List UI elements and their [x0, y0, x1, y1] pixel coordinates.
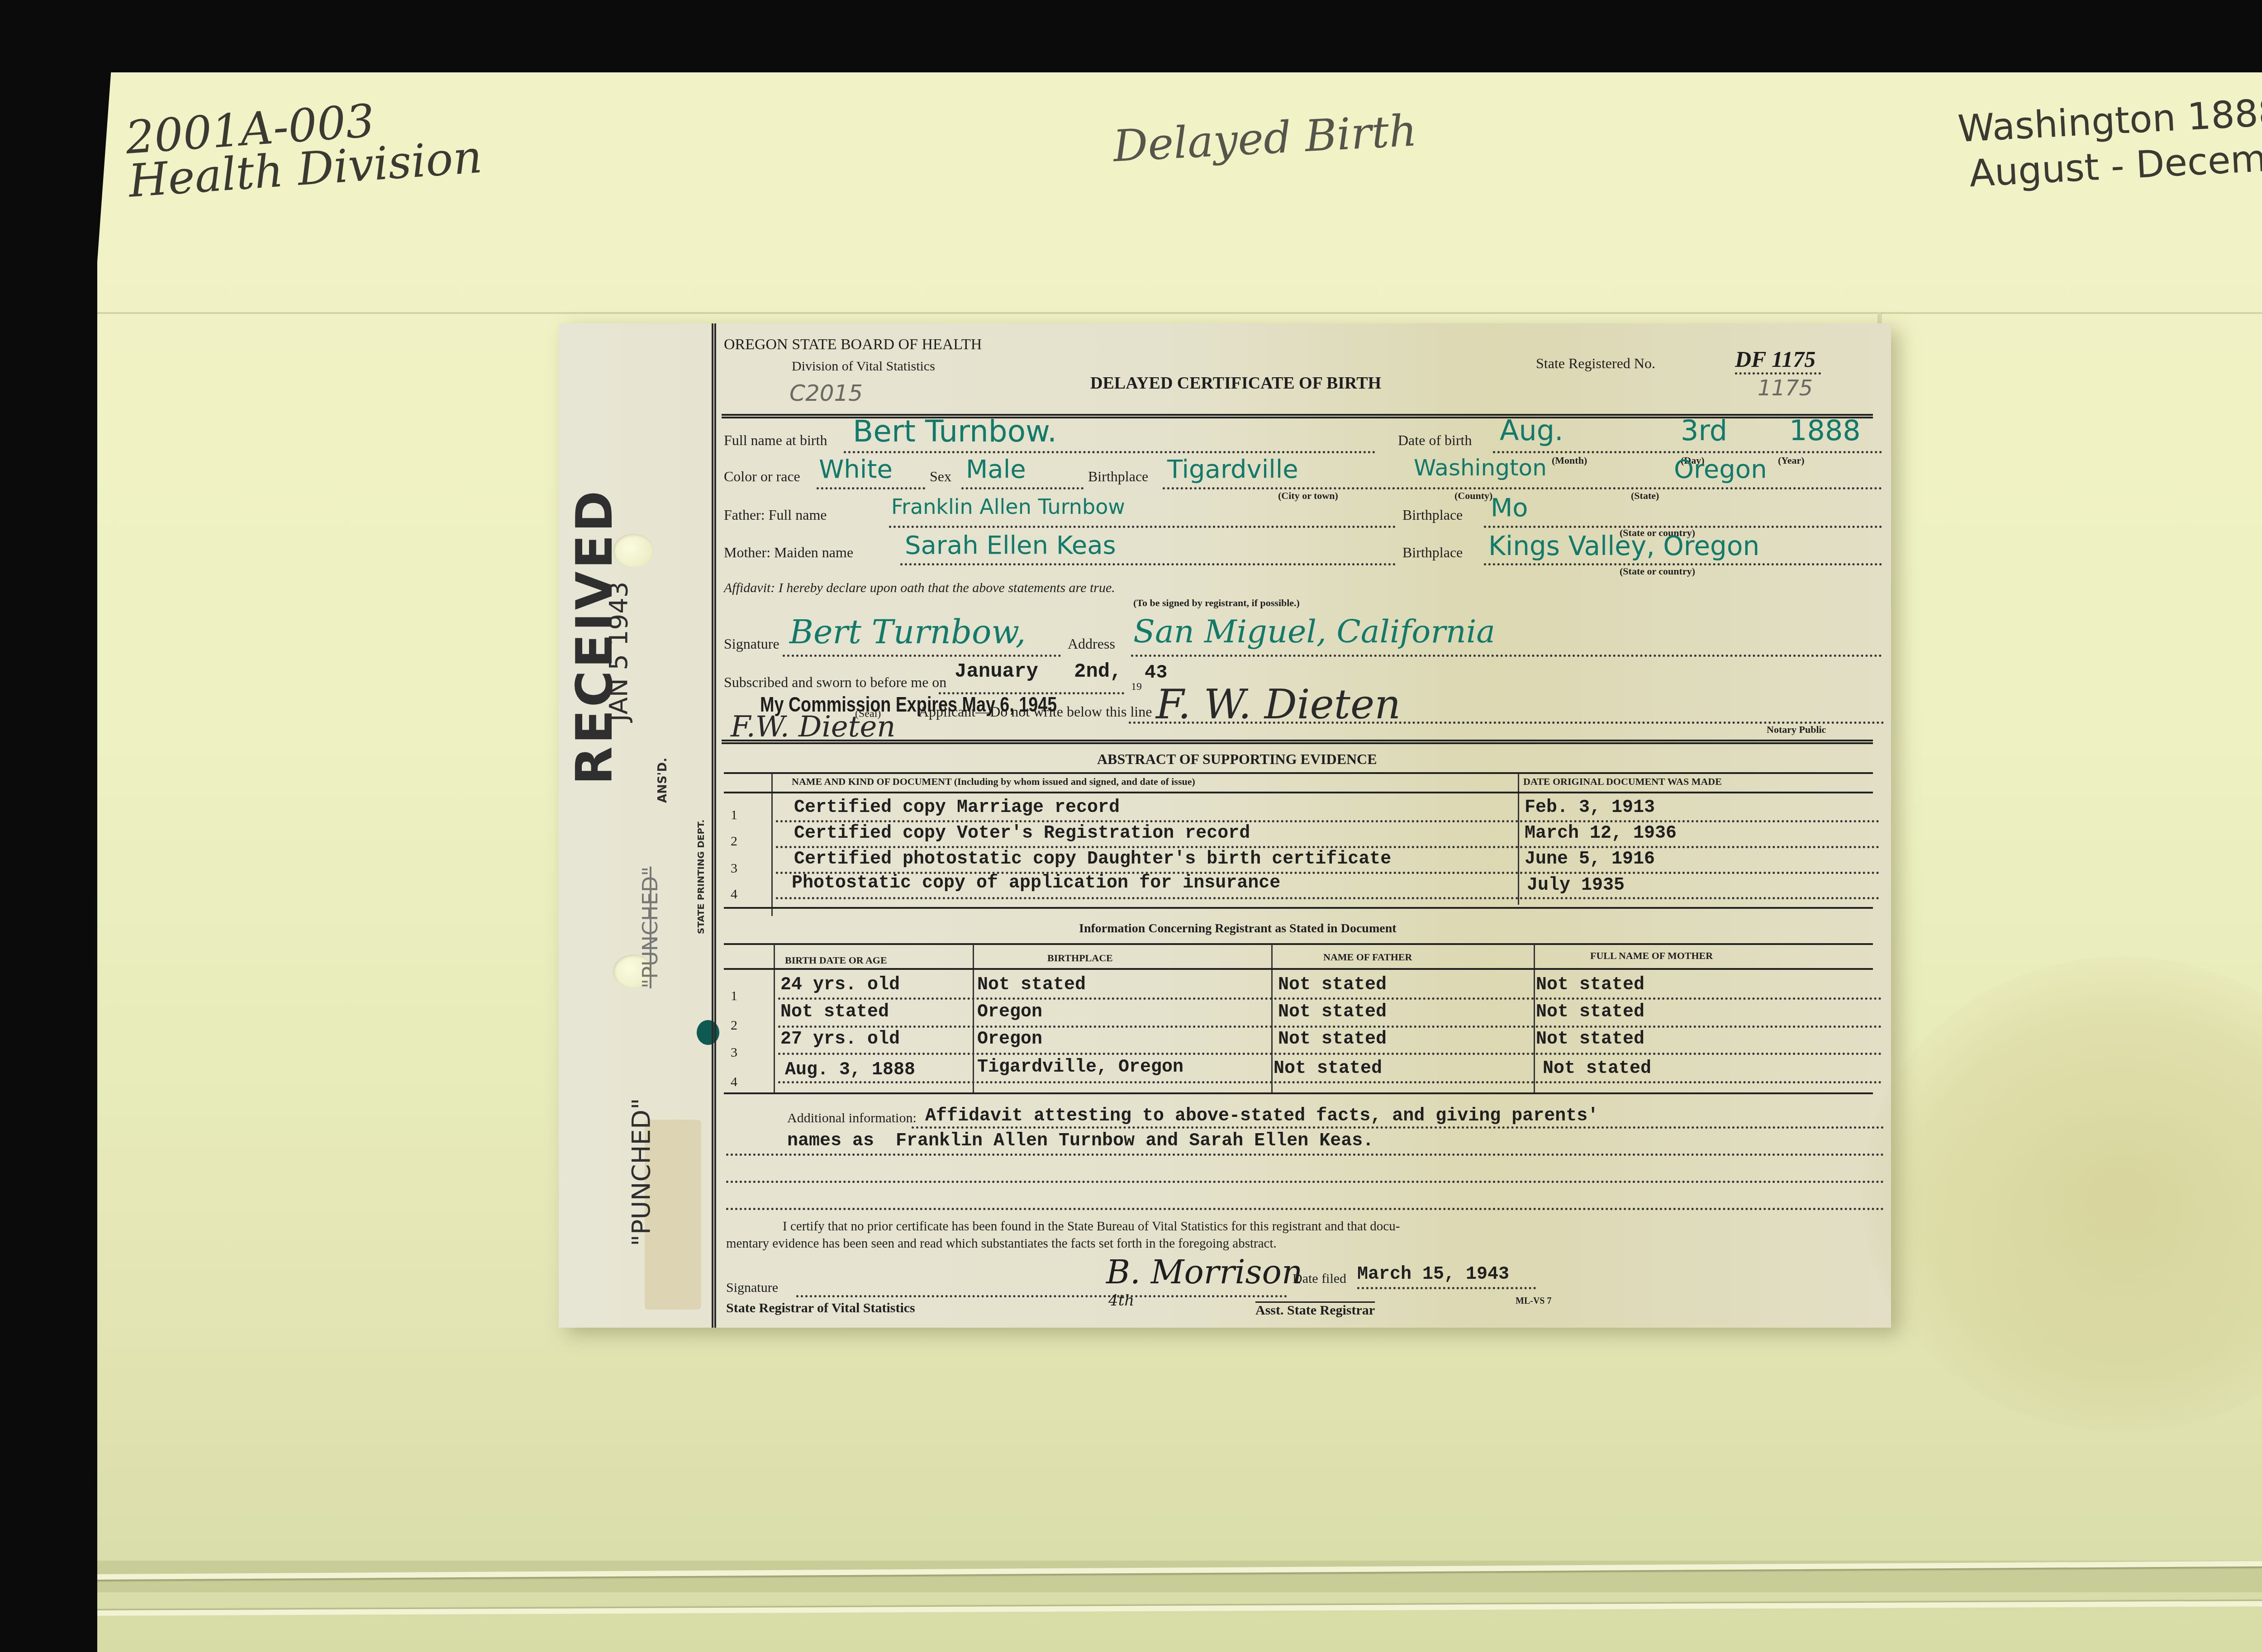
row-number: 3 — [731, 861, 737, 876]
notary-signature: F. W. Dieten — [1156, 681, 1401, 728]
dotted-line — [912, 1126, 1884, 1129]
dotted-line — [817, 487, 925, 489]
father-cell: Not stated — [1274, 1059, 1382, 1079]
document-date: July 1935 — [1527, 875, 1625, 896]
table-rule — [724, 1092, 1873, 1094]
col-doc-header: NAME AND KIND OF DOCUMENT (Including by … — [792, 776, 1195, 788]
column-divider — [973, 944, 974, 1093]
state-reg-pencil: 1175 — [1758, 375, 1813, 401]
dotted-line — [1357, 1287, 1536, 1289]
dotted-line — [1735, 372, 1821, 375]
certification-line1: I certify that no prior certificate has … — [783, 1219, 1400, 1234]
additional-line1: Affidavit attesting to above-stated fact… — [925, 1106, 1598, 1126]
dotted-line — [776, 897, 1880, 899]
table-rule — [724, 792, 1873, 793]
mother-cell: Not stated — [1536, 1002, 1644, 1022]
dob-year: 1888 — [1789, 414, 1861, 447]
sex-value: Male — [966, 455, 1026, 484]
dotted-line — [900, 563, 1396, 565]
board-title: OREGON STATE BOARD OF HEALTH — [724, 336, 982, 353]
column-divider — [771, 774, 773, 916]
birthplace-cell: Oregon — [977, 1002, 1042, 1022]
certificate-title: DELAYED CERTIFICATE OF BIRTH — [1090, 373, 1381, 393]
age-cell: Not stated — [780, 1002, 889, 1022]
document-name: Certified copy Voter's Registration reco… — [794, 823, 1250, 844]
dob-month: Aug. — [1500, 414, 1563, 447]
sworn-year: 43 — [1145, 662, 1167, 684]
received-stamp-date: JAN 5 1943 — [604, 582, 633, 722]
sign-note: (To be signed by registrant, if possible… — [1133, 597, 1300, 609]
division-title: Division of Vital Statistics — [792, 359, 935, 374]
mother-birthplace-label: Birthplace — [1402, 544, 1463, 561]
table-rule — [724, 943, 1873, 945]
row-number: 1 — [731, 807, 737, 823]
registrar-initials: 4th — [1108, 1291, 1134, 1310]
date-filed-value: March 15, 1943 — [1357, 1264, 1509, 1285]
column-divider — [774, 944, 775, 1093]
table-rule — [724, 772, 1873, 774]
state-caption: (State) — [1631, 490, 1659, 502]
dotted-line — [1493, 451, 1882, 453]
table-rule — [724, 907, 1873, 909]
birth-certificate-card: RECEIVED JAN 5 1943 ANS'D. "PUNCHED" "PU… — [559, 323, 1891, 1328]
filing-strip: RECEIVED JAN 5 1943 ANS'D. "PUNCHED" "PU… — [559, 323, 710, 1328]
dotted-line — [726, 1181, 1884, 1183]
col-age-header: BIRTH DATE OR AGE — [785, 954, 887, 966]
father-birthplace-label: Birthplace — [1402, 507, 1463, 523]
dob-label: Date of birth — [1398, 432, 1472, 449]
mother-cell: Not stated — [1536, 1029, 1644, 1049]
address-label: Address — [1068, 636, 1115, 652]
county-caption: (County) — [1454, 490, 1492, 502]
table-rule — [724, 968, 1873, 970]
document-name: Certified photostatic copy Daughter's bi… — [794, 849, 1391, 869]
document-date: Feb. 3, 1913 — [1525, 798, 1655, 818]
col-date-header: DATE ORIGINAL DOCUMENT WAS MADE — [1523, 776, 1722, 788]
birthplace-city: Tigardville — [1167, 455, 1298, 484]
strip-divider — [712, 323, 716, 1328]
city-caption: (City or town) — [1278, 490, 1338, 502]
father-cell: Not stated — [1278, 1002, 1387, 1022]
asst-registrar-label: Asst. State Registrar — [1255, 1303, 1375, 1318]
dotted-line — [783, 655, 1061, 657]
punched-mark: "PUNCHED" — [627, 1098, 656, 1246]
full-name-value: Bert Turnbow. — [853, 414, 1057, 449]
folder-fold-line — [97, 312, 2262, 314]
registrant-signature: Bert Turnbow, — [789, 613, 1026, 651]
col-mother-header: FULL NAME OF MOTHER — [1590, 950, 1713, 962]
signature-label: Signature — [724, 636, 779, 652]
month-caption: (Month) — [1552, 455, 1587, 466]
sworn-date: January 2nd, — [955, 660, 1122, 683]
father-label: Father: Full name — [724, 507, 827, 523]
state-registrar-label: State Registrar of Vital Statistics — [726, 1301, 915, 1316]
document-date: June 5, 1916 — [1525, 849, 1655, 869]
row-number: 2 — [731, 834, 737, 849]
row-number: 4 — [731, 1074, 737, 1090]
dotted-line — [776, 846, 1880, 848]
additional-label: Additional information: — [787, 1111, 917, 1126]
col-father-header: NAME OF FATHER — [1323, 951, 1412, 963]
section-rule — [722, 740, 1873, 744]
mother-birthplace: Kings Valley, Oregon — [1488, 531, 1759, 561]
dotted-line — [796, 1295, 1287, 1297]
sworn-year-prefix: 19 — [1131, 681, 1142, 693]
dotted-line — [726, 1154, 1884, 1156]
birthplace-label: Birthplace — [1088, 468, 1148, 485]
father-cell: Not stated — [1278, 975, 1387, 995]
additional-line2: names as Franklin Allen Turnbow and Sara… — [787, 1131, 1373, 1151]
father-cell: Not stated — [1278, 1029, 1387, 1049]
dotted-line — [1163, 487, 1882, 489]
dotted-line — [778, 1025, 1882, 1028]
dotted-line — [778, 1081, 1882, 1083]
document-name: Photostatic copy of application for insu… — [792, 873, 1280, 893]
state-reg-label: State Registered No. — [1536, 355, 1655, 372]
folder-note-accession: 2001A-003 Health Division — [124, 92, 483, 203]
certificate-form: OREGON STATE BOARD OF HEALTH Division of… — [722, 323, 1882, 1328]
dotted-line — [726, 1208, 1884, 1210]
row-number: 1 — [731, 988, 737, 1004]
dotted-line — [776, 820, 1880, 822]
birthplace-cell: Not stated — [977, 975, 1086, 995]
document-name: Certified copy Marriage record — [794, 798, 1120, 818]
birthplace-cell: Oregon — [977, 1029, 1042, 1049]
applicant-note: Applicant—Do not write below this line — [918, 703, 1152, 720]
punched-struck-mark: "PUNCHED" — [638, 867, 662, 988]
form-code: ML-VS 7 — [1516, 1296, 1551, 1306]
sex-label: Sex — [930, 468, 951, 485]
mother-label: Mother: Maiden name — [724, 544, 853, 561]
full-name-label: Full name at birth — [724, 432, 827, 449]
mother-cell: Not stated — [1536, 975, 1644, 995]
answered-stamp: ANS'D. — [656, 758, 670, 803]
row-number: 4 — [731, 887, 737, 902]
certification-line2: mentary evidence has been seen and read … — [726, 1236, 1277, 1251]
father-birthplace: Mo — [1491, 493, 1528, 522]
printing-dept-imprint: STATE PRINTING DEPT. — [695, 820, 706, 934]
address-value: San Miguel, California — [1133, 613, 1495, 650]
state-reg-number: DF 1175 — [1735, 346, 1815, 372]
registrar-signature: B. Morrison — [1106, 1253, 1302, 1291]
mother-cell: Not stated — [1543, 1059, 1651, 1079]
mother-name: Sarah Ellen Keas — [905, 531, 1116, 560]
document-date: March 12, 1936 — [1525, 823, 1677, 844]
race-value: White — [819, 455, 893, 484]
registrar-signature-label: Signature — [726, 1280, 778, 1296]
dotted-line — [844, 451, 1375, 453]
notary-initials: F.W. Dieten — [731, 710, 896, 744]
info-title: Information Concerning Registrant as Sta… — [1079, 921, 1397, 936]
birthplace-state: Oregon — [1674, 455, 1767, 484]
dotted-line — [778, 1053, 1882, 1055]
dotted-line — [1131, 655, 1882, 657]
age-cell: 24 yrs. old — [780, 975, 900, 995]
birthplace-county: Washington — [1414, 455, 1547, 481]
affidavit-text: Affidavit: I hereby declare upon oath th… — [724, 580, 1115, 596]
year-caption: (Year) — [1778, 455, 1805, 466]
column-divider — [1271, 944, 1273, 1093]
folder-note-county-date: Washington 1888 August - December — [1957, 88, 2262, 197]
race-label: Color or race — [724, 468, 800, 485]
abstract-title: ABSTRACT OF SUPPORTING EVIDENCE — [1097, 751, 1377, 768]
file-number-pencil: C2015 — [789, 380, 863, 406]
dotted-line — [778, 997, 1882, 1000]
state-country-caption: (State or country) — [1620, 565, 1695, 577]
age-cell: 27 yrs. old — [780, 1029, 900, 1049]
dotted-line — [961, 487, 1083, 489]
sworn-label: Subscribed and sworn to before me on — [724, 674, 946, 691]
dotted-line — [889, 526, 1396, 528]
birthplace-cell: Tigardville, Oregon — [977, 1057, 1183, 1078]
notary-label: Notary Public — [1767, 724, 1826, 736]
row-number: 2 — [731, 1018, 737, 1033]
column-divider — [1534, 944, 1535, 1093]
col-birthplace-header: BIRTHPLACE — [1047, 952, 1113, 964]
father-name: Franklin Allen Turnbow — [891, 494, 1125, 519]
dob-day: 3rd — [1681, 414, 1727, 447]
date-filed-label: Date filed — [1293, 1271, 1346, 1286]
age-cell: Aug. 3, 1888 — [785, 1060, 915, 1080]
row-number: 3 — [731, 1045, 737, 1060]
